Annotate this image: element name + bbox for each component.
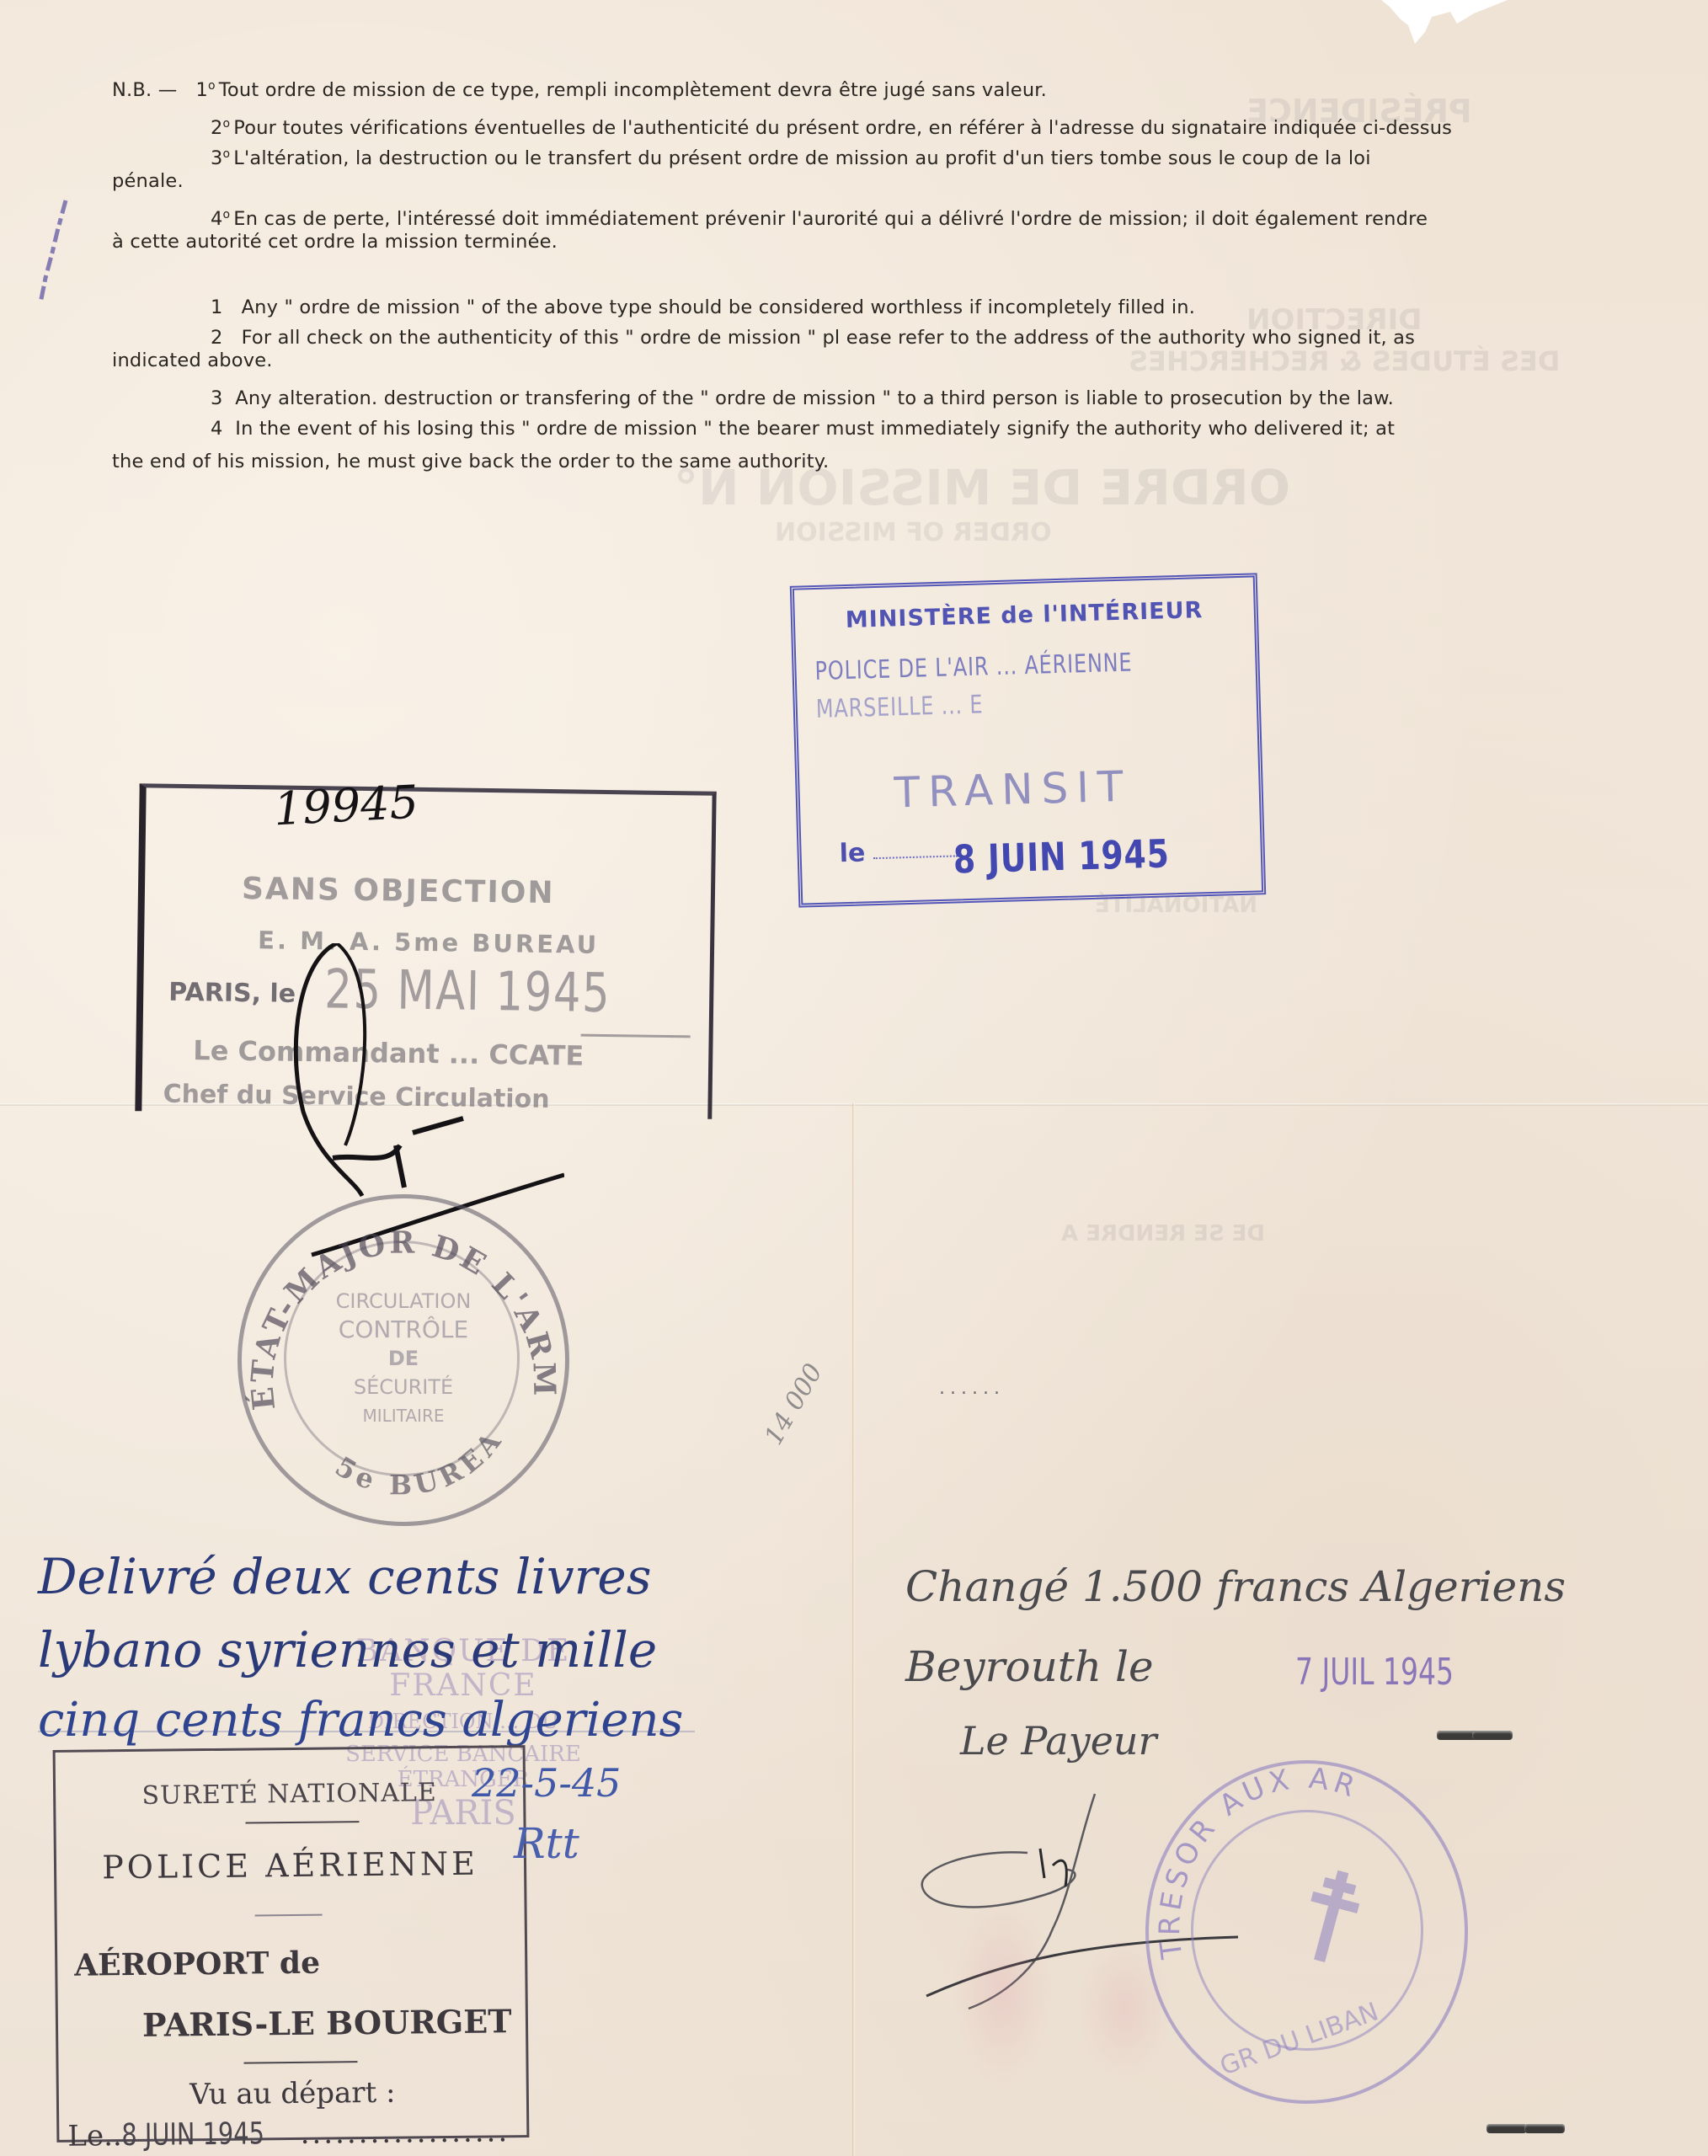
stamp-underline — [581, 1034, 691, 1038]
handwritten-exchange-line-1: Changé 1.500 francs Algeriens — [905, 1562, 1566, 1611]
stamp-date-line: Le..8 JUIN 1945.................. — [67, 2114, 510, 2153]
handwritten-bank-note-line-1: Delivré deux cents livres — [38, 1548, 651, 1605]
note-fr-3: 3oL'altération, la destruction ou le tra… — [211, 147, 1371, 169]
stamp-dotted-line — [873, 855, 958, 859]
ghost-etudes: DES ÉTUDES & RECHERCHES — [1129, 345, 1560, 377]
note-en-2: 2 For all check on the authenticity of t… — [211, 327, 1415, 349]
note-text: L'altération, la destruction ou le trans… — [233, 147, 1370, 169]
stamp-line: POLICE DE L'AIR ... AÉRIENNE — [814, 648, 1133, 687]
stamp-dots: .................. — [300, 2115, 510, 2151]
handwritten-bank-note-line-2: lybano syriennes et mille — [38, 1621, 657, 1678]
stamp-line: MILITAIRE — [242, 1401, 565, 1430]
staple-hole — [1472, 1731, 1513, 1740]
note-num: 4 — [211, 418, 223, 440]
note-en-3: 3 Any alteration. destruction or transfe… — [211, 387, 1394, 409]
tresor-circle-stamp: TRESOR AUX ARMÉES ☨ GR DU LIBAN — [1145, 1760, 1468, 2104]
stamp-date-prefix: le — [839, 838, 866, 868]
stamp-line: DE — [242, 1344, 565, 1373]
stamp-date-prefix: Le.. — [67, 2119, 122, 2153]
staple-hole — [1486, 2124, 1527, 2133]
note-fr-2: 2oPour toutes vérifications éventuelles … — [211, 117, 1452, 139]
stamp-line: SANS OBJECTION — [242, 872, 555, 910]
stamp-center-text: CIRCULATION CONTRÔLE DE SÉCURITÉ MILITAI… — [242, 1287, 565, 1430]
note-num: 2 — [211, 117, 223, 139]
stamp-rule — [243, 2061, 357, 2063]
stamp-line: SÉCURITÉ — [242, 1373, 565, 1401]
stamp-line: PARIS-LE BOURGET — [142, 2002, 512, 2044]
stamp-line: CIRCULATION — [242, 1287, 565, 1315]
torn-corner — [1381, 0, 1533, 51]
note-num: 2 — [211, 327, 223, 349]
handwritten-exchange-line-3: Le Payeur — [960, 1718, 1157, 1764]
note-en-1: 1 Any " ordre de mission " of the above … — [211, 296, 1195, 318]
red-seal — [952, 1895, 1053, 2089]
note-text: Any " ordre de mission " of the above ty… — [242, 296, 1196, 318]
ghost-se-rendre: DE SE RENDRE A — [1061, 1221, 1265, 1246]
stamp-rule — [245, 1821, 359, 1823]
stamp-line: CONTRÔLE — [242, 1315, 565, 1344]
typed-dots: ...... — [939, 1378, 1005, 1399]
stamp-rule — [255, 1914, 323, 1917]
handwritten-initials: Rtt — [514, 1819, 579, 1868]
stamp-line: SURETÉ NATIONALE — [56, 1777, 523, 1812]
stamp-line: AÉROPORT de — [74, 1945, 320, 1983]
note-num: 1 — [211, 296, 223, 318]
staple-hole — [1437, 1731, 1477, 1740]
ghost-order-of-mission: ORDER OF MISSION — [775, 518, 1052, 547]
note-fr-4-cont: à cette autorité cet ordre la mission te… — [112, 231, 558, 253]
note-num: 3 — [211, 387, 223, 409]
juil-date-stamp: 7 JUIL 1945 — [1295, 1651, 1454, 1694]
note-en-2-cont: indicated above. — [112, 350, 273, 371]
note-fr-4: 4oEn cas de perte, l'intéressé doit immé… — [211, 208, 1428, 230]
surete-nationale-stamp: SURETÉ NATIONALE POLICE AÉRIENNE AÉROPOR… — [53, 1745, 530, 2143]
note-text: Any alteration. destruction or transferi… — [235, 387, 1394, 409]
handwritten-bank-date: 22-5-45 — [472, 1760, 621, 1806]
stamp-line: Vu au départ : — [59, 2074, 526, 2113]
note-text: For all check on the authenticity of thi… — [242, 327, 1416, 349]
note-en-4-cont: the end of his mission, he must give bac… — [112, 451, 829, 472]
stamp-transit: TRANSIT — [894, 762, 1132, 818]
note-num: 3 — [211, 147, 223, 169]
staple-hole — [1524, 2124, 1565, 2133]
handwritten-exchange-line-2: Beyrouth le — [905, 1642, 1154, 1691]
stamp-line: MINISTÈRE de l'INTÉRIEUR — [846, 597, 1204, 633]
note-fr-3-cont: pénale. — [112, 170, 184, 192]
note-text: Tout ordre de mission de ce type, rempli… — [219, 79, 1047, 101]
fold-crease — [38, 1731, 695, 1732]
note-num: 1 — [196, 79, 209, 101]
fold-line-vertical — [852, 1103, 855, 2156]
note-num: 4 — [211, 208, 223, 230]
stamp-date: 8 JUIN 1945 — [953, 830, 1170, 882]
interior-ministry-stamp: MINISTÈRE de l'INTÉRIEUR POLICE DE L'AIR… — [790, 573, 1266, 907]
handwritten-stamp-number: 19945 — [272, 776, 419, 836]
stamp-line: MARSEILLE ... E — [815, 690, 983, 724]
handwritten-bank-note-line-3: cinq cents francs algeriens — [38, 1693, 683, 1748]
stamp-date: 8 JUIN 1945 — [121, 2116, 264, 2153]
note-text: En cas de perte, l'intéressé doit immédi… — [233, 208, 1428, 230]
ink-mark — [34, 194, 76, 312]
note-fr-1: N.B. — 1oTout ordre de mission de ce typ… — [112, 79, 1047, 101]
note-en-4: 4 In the event of his losing this " ordr… — [211, 418, 1395, 440]
stamp-line: POLICE AÉRIENNE — [56, 1844, 524, 1886]
nb-prefix: N.B. — — [112, 79, 177, 101]
note-text: Pour toutes vérifications éventuelles de… — [233, 117, 1452, 139]
note-text: In the event of his losing this " ordre … — [235, 418, 1395, 440]
etat-major-circle-stamp: ÉTAT-MAJOR DE L'ARMÉE 5e BUREAU CIRCULAT… — [238, 1194, 569, 1526]
